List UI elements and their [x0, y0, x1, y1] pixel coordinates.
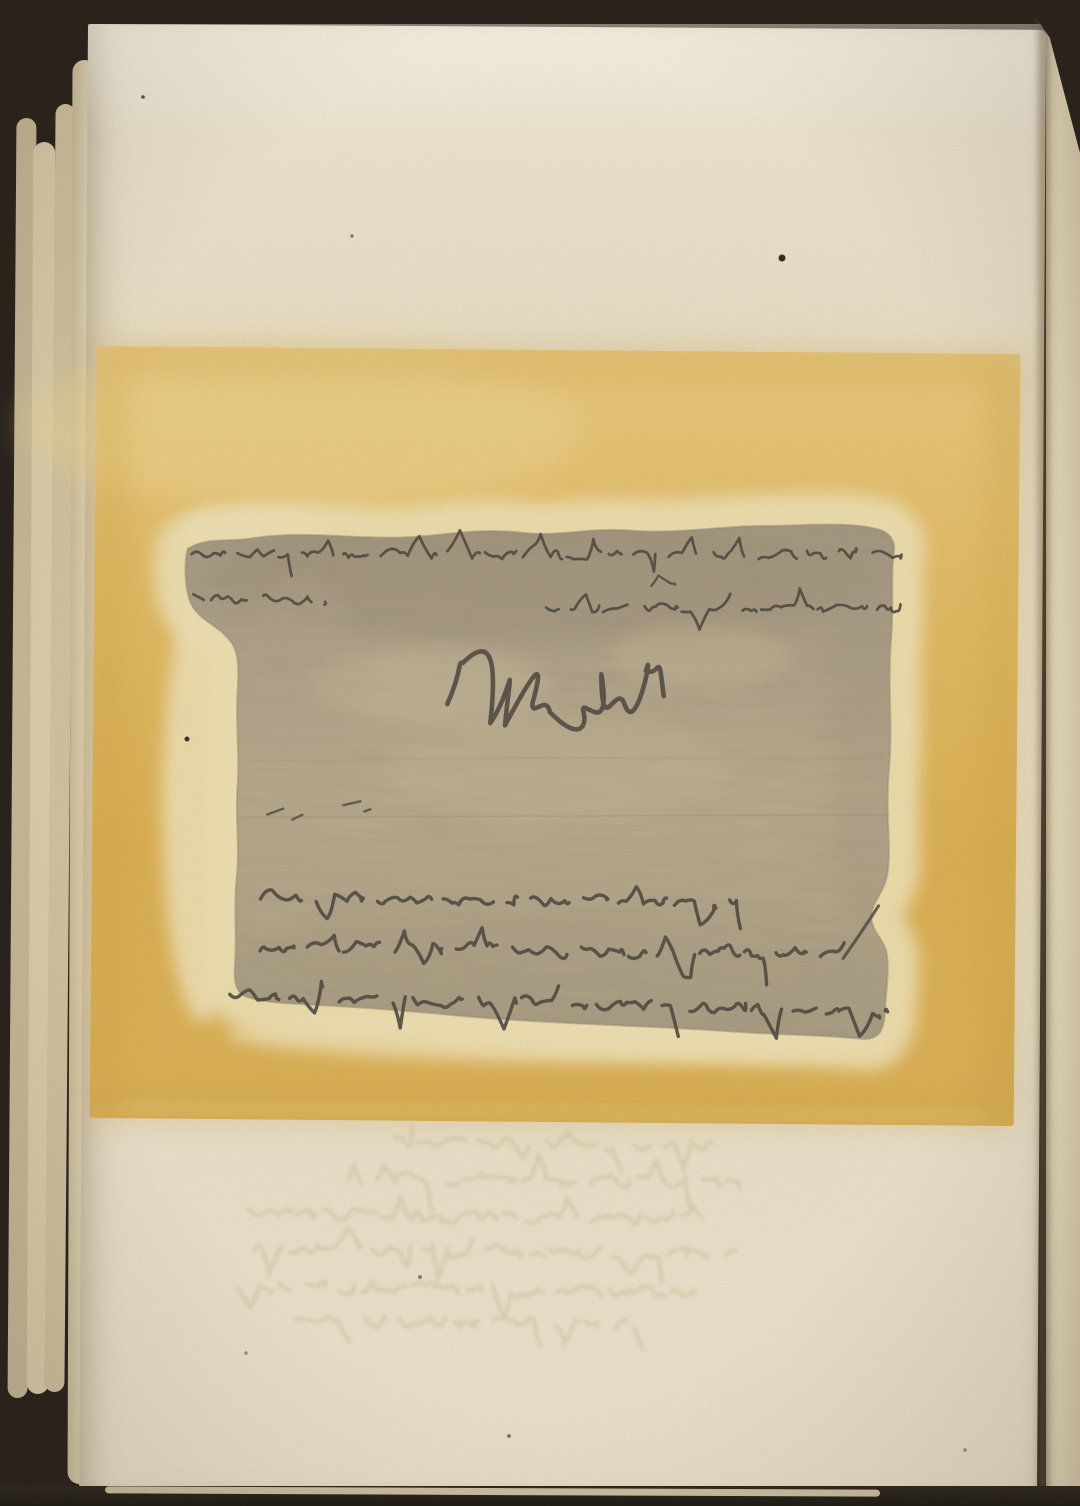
album-photograph-scene: [0, 0, 1080, 1506]
page-top-sheen: [88, 24, 1046, 134]
album-page: [79, 24, 1046, 1494]
gutter-fold-shadow: [1034, 18, 1050, 1496]
gutter-margin-strip: [1046, 0, 1080, 1506]
